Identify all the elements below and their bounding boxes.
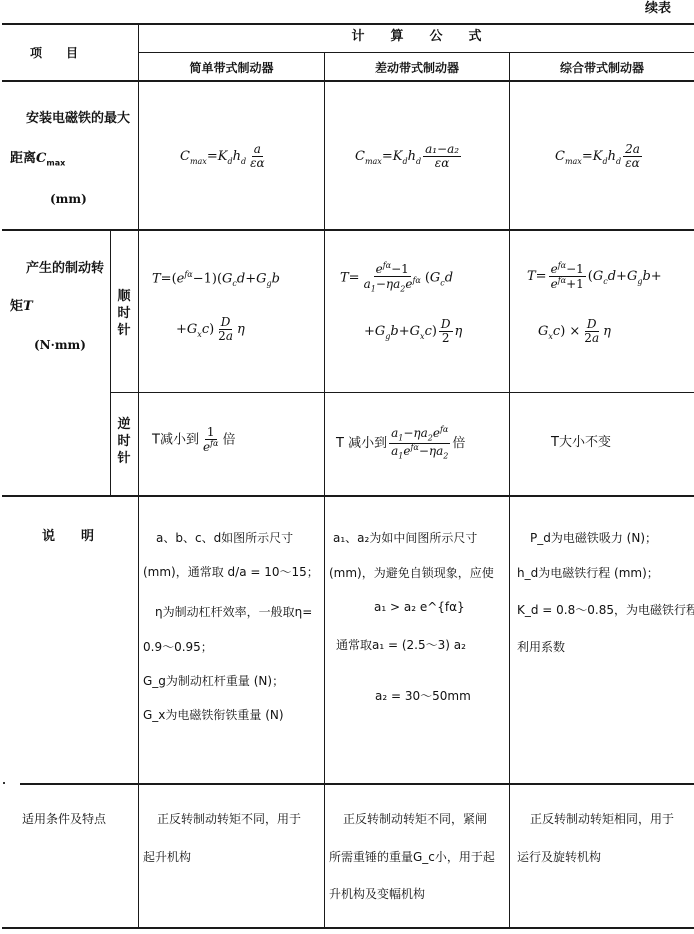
fraction: a₁−a₂εα [423, 143, 461, 170]
col-rule-item [138, 24, 139, 928]
notes-label: 说 明 [42, 530, 94, 544]
cmax-formula-differential: Cmax=Kdhda₁−a₂εα [355, 143, 463, 170]
char: 针 [116, 322, 132, 339]
numerator: a [252, 143, 263, 157]
fraction: 2aεα [623, 143, 642, 170]
stray-dot [3, 782, 5, 784]
equals: = [382, 149, 393, 164]
torque-ccw-differential: T 减小到a1−ηa2efαa1efα−ηa2倍 [336, 426, 465, 461]
notes-comb-0: P_d为电磁铁吸力 (N)； [530, 531, 657, 545]
char: 顺 [116, 288, 132, 305]
ccw-prefix: T 减小到 [336, 436, 387, 451]
continued-label: 续表 [645, 2, 671, 16]
torque-cw-differential-line1: T=efα−1a1−ηa2efα(Gcd [340, 262, 453, 294]
notes-diff-1: (mm)，为避免自锁现象，应使 [329, 566, 494, 580]
table-top-rule [2, 23, 694, 25]
var-c: C [355, 149, 365, 164]
sub-d: d [616, 157, 621, 166]
header-item: 项 目 [30, 46, 78, 60]
var-k: K [393, 149, 403, 164]
notes-simple-2: η为制动杠杆效率，一般取η= [155, 605, 312, 619]
sub-d: d [416, 157, 421, 166]
col-rule-diff-comb [509, 52, 510, 928]
notes-comb-1: h_d为电磁铁行程 (mm)； [517, 566, 659, 580]
notes-diff-3: 通常取a₁ = (2.5～3) a₂ [336, 638, 466, 652]
cmax-label-line2: 距离Cmax [10, 152, 65, 171]
cmax-label-symbol: C [36, 151, 46, 166]
col-rule-sub-direction [110, 230, 111, 496]
char: 逆 [116, 416, 132, 433]
var-h: h [608, 149, 616, 164]
cmax-formula-simple: Cmax=Kdhdaεα [180, 143, 269, 170]
col-rule-simple-diff [324, 52, 325, 928]
applicability-simple-0: 正反转制动转矩不同，用于 [157, 812, 301, 826]
torque-ccw-combined: T大小不变 [551, 436, 611, 450]
sub-max: max [565, 157, 582, 166]
var-k: K [218, 149, 228, 164]
cmax-label-unit: (mm) [50, 192, 87, 206]
ccw-prefix: T减小到 [152, 433, 199, 448]
notes-simple-0: a、b、c、d如图所示尺寸 [156, 531, 293, 545]
cmax-label-sub: max [46, 159, 65, 168]
row-rule-cmax [2, 229, 694, 231]
char: 时 [116, 433, 132, 450]
notes-comb-3: 利用系数 [517, 640, 565, 654]
torque-ccw-simple: T减小到1efα倍 [152, 426, 235, 454]
numerator: a₁−a₂ [423, 143, 461, 157]
notes-comb-2: K_d = 0.8～0.85，为电磁铁行程 [517, 603, 694, 617]
ccw-suffix: 倍 [452, 436, 465, 451]
row-rule-torque [2, 495, 694, 497]
numerator: 1 [205, 426, 217, 440]
torque-cw-combined-line1: T=efα−1efα+1(Gcd+Ggb+ [527, 262, 662, 291]
counterclockwise-label: 逆 时 针 [116, 416, 132, 467]
torque-cw-differential-line2: +Ggb+Gxc)D2η [364, 318, 462, 345]
applicability-diff-2: 升机构及变幅机构 [329, 887, 425, 901]
denominator: εα [248, 157, 267, 170]
row-rule-notes [20, 783, 694, 785]
applicability-simple-1: 起升机构 [143, 850, 191, 864]
notes-simple-5: G_x为电磁铁衔铁重量 (N) [143, 708, 284, 722]
notes-simple-1: (mm)，通常取 d/a = 10～15； [143, 565, 319, 579]
torque-label-line2: 矩T [10, 300, 33, 314]
var-h: h [408, 149, 416, 164]
notes-simple-3: 0.9～0.95； [143, 640, 213, 654]
header-col-simple: 简单带式制动器 [139, 61, 324, 75]
equals: = [207, 149, 218, 164]
torque-label-unit: (N·mm) [34, 338, 86, 352]
header-col-combined: 综合带式制动器 [510, 61, 694, 75]
header-sub-rule [139, 52, 694, 53]
numerator: 2a [623, 143, 642, 157]
torque-label-line1: 产生的制动转 [26, 262, 104, 276]
char: 时 [116, 305, 132, 322]
sub-max: max [190, 157, 207, 166]
applicability-comb-1: 运行及旋转机构 [517, 850, 601, 864]
applicability-label: 适用条件及特点 [22, 812, 106, 826]
var-h: h [233, 149, 241, 164]
clockwise-label: 顺 时 针 [116, 288, 132, 339]
notes-simple-4: G_g为制动杠杆重量 (N)； [143, 674, 284, 688]
torque-cw-simple-line2: +Gxc)D2aη [176, 316, 245, 343]
header-formula-group: 计 算 公 式 [139, 30, 694, 44]
torque-cw-simple-line1: T=(efα−1)(Gcd+Ggb [152, 270, 280, 288]
sub-d: d [241, 157, 246, 166]
torque-label-symbol: T [23, 299, 33, 314]
torque-label-prefix: 矩 [10, 299, 23, 314]
applicability-diff-1: 所需重锤的重量G_c小，用于起 [329, 850, 495, 864]
var-k: K [593, 149, 603, 164]
ccw-suffix: 倍 [222, 433, 235, 448]
header-bottom-rule [2, 80, 694, 82]
torque-cw-combined-line2: Gxc) ×D2aη [538, 318, 611, 345]
fraction: aεα [248, 143, 267, 170]
notes-diff-0: a₁、a₂为如中间图所示尺寸 [333, 531, 477, 545]
cmax-label-line1: 安装电磁铁的最大 [26, 112, 130, 126]
header-col-differential: 差动带式制动器 [325, 61, 509, 75]
cmax-formula-combined: Cmax=Kdhd2aεα [555, 143, 644, 170]
applicability-comb-0: 正反转制动转矩相同，用于 [530, 812, 674, 826]
equals: = [582, 149, 593, 164]
denominator: εα [623, 157, 642, 170]
notes-diff-4: a₂ = 30～50mm [375, 689, 471, 703]
cmax-label-prefix: 距离 [10, 151, 36, 166]
var-c: C [180, 149, 190, 164]
applicability-diff-0: 正反转制动转矩不同，紧闸 [343, 812, 487, 826]
denominator: εα [433, 157, 452, 170]
var-c: C [555, 149, 565, 164]
table-bottom-rule [2, 927, 694, 929]
notes-diff-2: a₁ > a₂ e^{fα} [374, 600, 465, 614]
char: 针 [116, 450, 132, 467]
sub-max: max [365, 157, 382, 166]
row-rule-clockwise [110, 392, 694, 393]
